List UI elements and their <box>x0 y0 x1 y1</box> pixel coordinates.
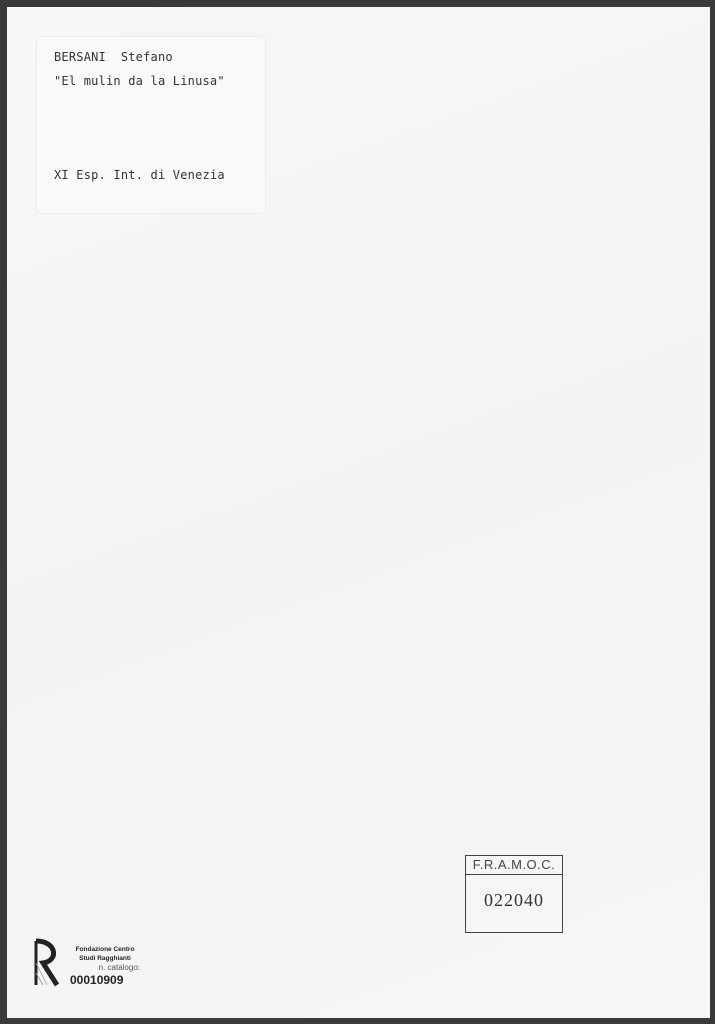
ragghianti-r-logo-icon <box>33 937 63 987</box>
foundation-stamp: Fondazione Centro Studi Ragghianti n. ca… <box>70 945 140 987</box>
framoc-stamp: F.R.A.M.O.C. 022040 <box>465 855 563 933</box>
foundation-name-2: Studi Ragghianti <box>70 954 140 963</box>
exhibition-name: XI Esp. Int. di Venezia <box>54 168 225 182</box>
stamp-number: 022040 <box>466 890 562 911</box>
artwork-title: "El mulin da la Linusa" <box>54 74 225 88</box>
catalog-label: n. catalogo: <box>70 963 140 973</box>
catalog-number: 00010909 <box>70 973 140 987</box>
artist-name: BERSANI Stefano <box>54 50 173 64</box>
foundation-name-1: Fondazione Centro <box>70 945 140 954</box>
stamp-header: F.R.A.M.O.C. <box>466 856 562 875</box>
